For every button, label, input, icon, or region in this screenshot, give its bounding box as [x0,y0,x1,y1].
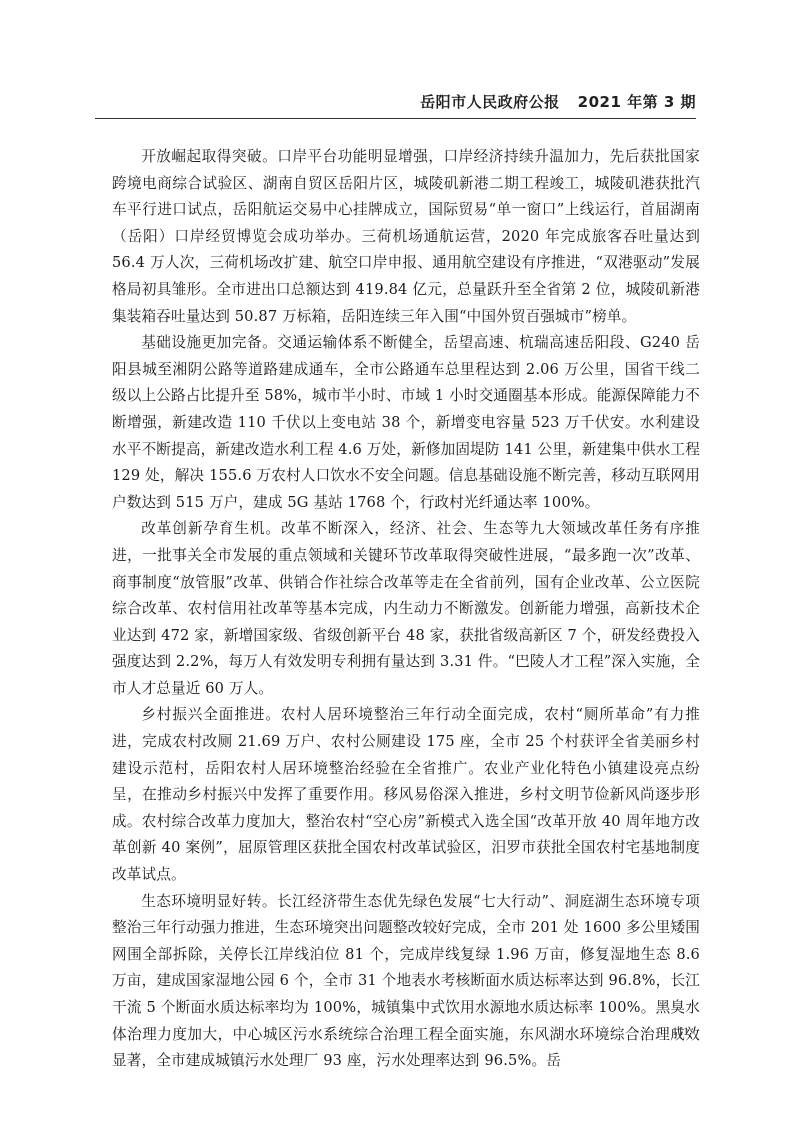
running-header: 岳阳市人民政府公报2021 年第 3 期 [95,88,696,119]
paragraph-rural-revitalization: 乡村振兴全面推进。农村人居环境整治三年行动全面完成，农村“厕所革命”有力推进，完… [112,702,700,888]
paragraph-ecology: 生态环境明显好转。长江经济带生态优先绿色发展“七大行动”、洞庭湖生态环境专项整治… [112,889,700,1075]
article-body: 开放崛起取得突破。口岸平台功能明显增强，口岸经济持续升温加力，先后获批国家跨境电… [112,144,700,1075]
issue-label: 2021 年第 3 期 [578,93,696,111]
publication-name: 岳阳市人民政府公报 [420,93,560,111]
paragraph-infrastructure: 基础设施更加完备。交通运输体系不断健全，岳望高速、杭瑞高速岳阳段、G240 岳阳… [112,330,700,516]
paragraph-reform-innovation: 改革创新孕育生机。改革不断深入，经济、社会、生态等九大领域改革任务有序推进，一批… [112,516,700,702]
page-number: 111 [672,1024,689,1039]
header-title: 岳阳市人民政府公报2021 年第 3 期 [420,91,696,118]
paragraph-opening-up: 开放崛起取得突破。口岸平台功能明显增强，口岸经济持续升温加力，先后获批国家跨境电… [112,144,700,330]
